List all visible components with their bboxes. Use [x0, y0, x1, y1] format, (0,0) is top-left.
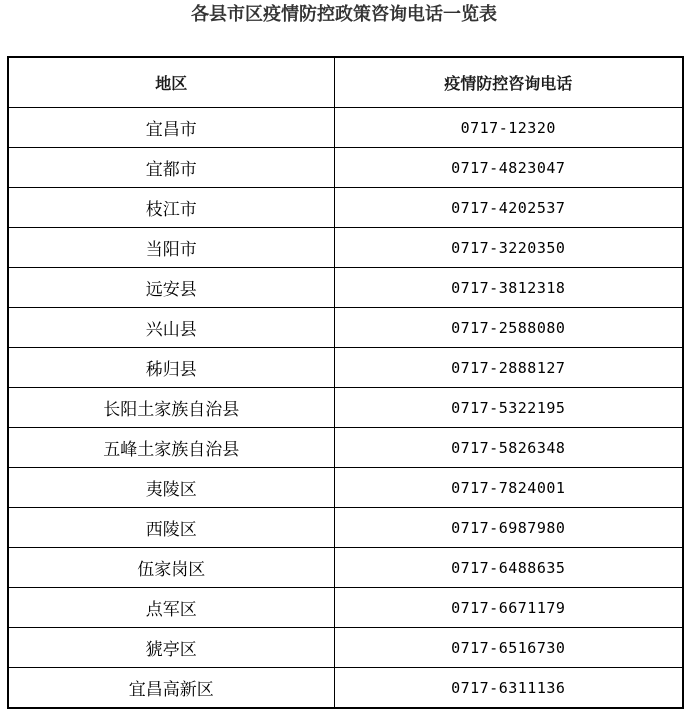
- page: 各县市区疫情防控政策咨询电话一览表 地区 疫情防控咨询电话 宜昌市 0717-1…: [0, 0, 688, 718]
- region-cell: 点军区: [8, 588, 334, 628]
- table-row: 远安县 0717-3812318: [8, 268, 683, 308]
- region-cell: 五峰土家族自治县: [8, 428, 334, 468]
- table-row: 当阳市 0717-3220350: [8, 228, 683, 268]
- phone-cell: 0717-4823047: [334, 148, 683, 188]
- table-row: 伍家岗区 0717-6488635: [8, 548, 683, 588]
- region-cell: 宜昌高新区: [8, 668, 334, 709]
- region-cell: 当阳市: [8, 228, 334, 268]
- region-cell: 宜都市: [8, 148, 334, 188]
- table-row: 点军区 0717-6671179: [8, 588, 683, 628]
- region-cell: 西陵区: [8, 508, 334, 548]
- page-title: 各县市区疫情防控政策咨询电话一览表: [0, 0, 688, 25]
- phone-cell: 0717-2588080: [334, 308, 683, 348]
- table-row: 宜都市 0717-4823047: [8, 148, 683, 188]
- phone-cell: 0717-6488635: [334, 548, 683, 588]
- region-cell: 秭归县: [8, 348, 334, 388]
- region-cell: 枝江市: [8, 188, 334, 228]
- table-row: 宜昌市 0717-12320: [8, 108, 683, 148]
- region-cell: 远安县: [8, 268, 334, 308]
- phone-cell: 0717-4202537: [334, 188, 683, 228]
- phone-cell: 0717-3812318: [334, 268, 683, 308]
- phone-cell: 0717-2888127: [334, 348, 683, 388]
- table-row: 五峰土家族自治县 0717-5826348: [8, 428, 683, 468]
- table-row: 兴山县 0717-2588080: [8, 308, 683, 348]
- phone-cell: 0717-6516730: [334, 628, 683, 668]
- table-row: 夷陵区 0717-7824001: [8, 468, 683, 508]
- table-row: 秭归县 0717-2888127: [8, 348, 683, 388]
- table-row: 宜昌高新区 0717-6311136: [8, 668, 683, 709]
- phone-cell: 0717-7824001: [334, 468, 683, 508]
- phone-cell: 0717-6671179: [334, 588, 683, 628]
- region-cell: 兴山县: [8, 308, 334, 348]
- region-cell: 长阳土家族自治县: [8, 388, 334, 428]
- phone-cell: 0717-6987980: [334, 508, 683, 548]
- table-header: 地区 疫情防控咨询电话: [8, 57, 683, 108]
- phone-cell: 0717-5322195: [334, 388, 683, 428]
- region-cell: 宜昌市: [8, 108, 334, 148]
- table-body: 宜昌市 0717-12320 宜都市 0717-4823047 枝江市 0717…: [8, 108, 683, 709]
- phone-cell: 0717-3220350: [334, 228, 683, 268]
- table-row: 猇亭区 0717-6516730: [8, 628, 683, 668]
- phone-table: 地区 疫情防控咨询电话 宜昌市 0717-12320 宜都市 0717-4823…: [7, 56, 684, 709]
- phone-cell: 0717-6311136: [334, 668, 683, 709]
- region-cell: 猇亭区: [8, 628, 334, 668]
- header-row: 地区 疫情防控咨询电话: [8, 57, 683, 108]
- header-cell-region: 地区: [8, 57, 334, 108]
- phone-cell: 0717-12320: [334, 108, 683, 148]
- table-row: 西陵区 0717-6987980: [8, 508, 683, 548]
- phone-cell: 0717-5826348: [334, 428, 683, 468]
- region-cell: 伍家岗区: [8, 548, 334, 588]
- table-row: 枝江市 0717-4202537: [8, 188, 683, 228]
- table-row: 长阳土家族自治县 0717-5322195: [8, 388, 683, 428]
- region-cell: 夷陵区: [8, 468, 334, 508]
- header-cell-phone: 疫情防控咨询电话: [334, 57, 683, 108]
